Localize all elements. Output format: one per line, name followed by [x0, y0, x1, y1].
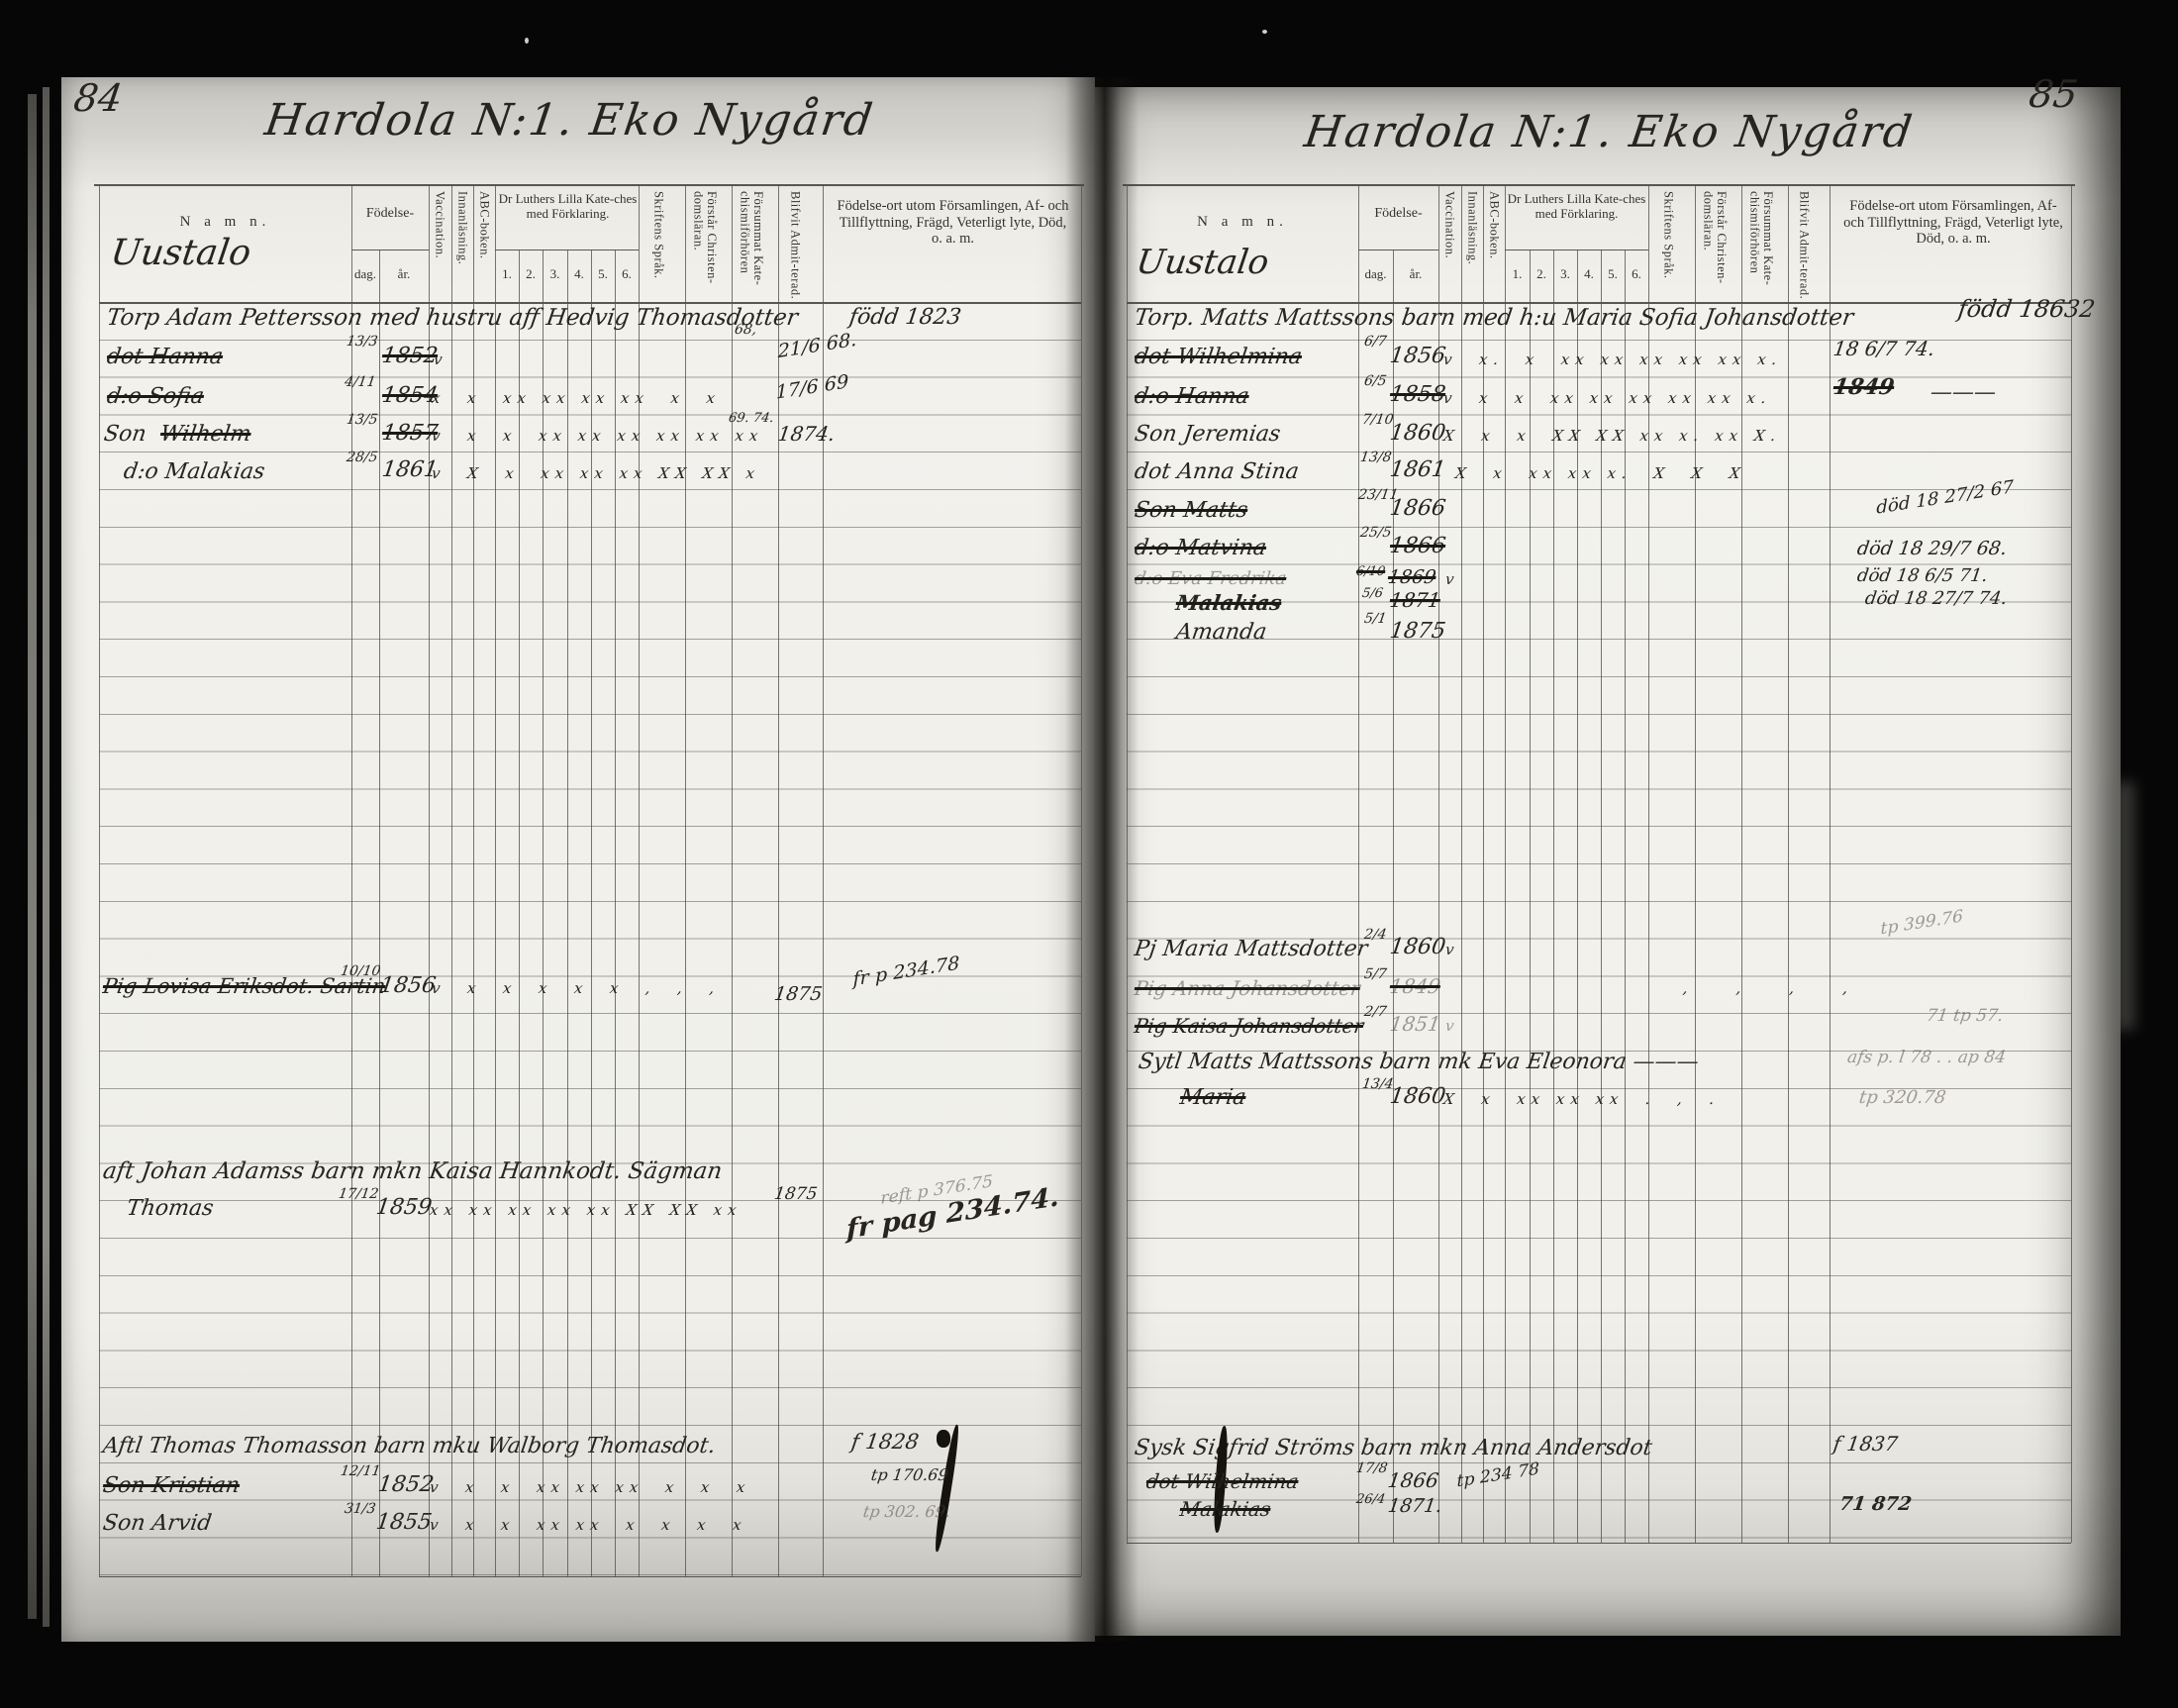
birth-year: 1871: [1389, 590, 1442, 610]
birth-day: 6/7: [1363, 335, 1387, 349]
birth-day: 10/10: [340, 964, 381, 978]
header-k1: 1.: [1505, 267, 1530, 282]
header-ar: år.: [379, 267, 429, 282]
table-rule: [94, 184, 1084, 186]
header-abc: ABC-boken.: [1487, 191, 1501, 300]
exam-marks: v x x xx xx xx xx xx x.: [1442, 391, 1773, 406]
family-head: Sytl Matts Mattssons barn mk Eva Eleonor…: [1137, 1052, 1700, 1073]
death-note: död 18 29/7 68.: [1856, 540, 2009, 558]
forsummat-note: 68,: [734, 323, 757, 337]
farm-name: Uustalo: [108, 236, 252, 271]
transfer-note: afs p. l 78 . . ap 84: [1846, 1050, 2007, 1066]
exam-marks: X x x XX XX xx x. xx X.: [1442, 429, 1782, 444]
table-rule: [1358, 250, 1438, 251]
exam-marks: v x. x xx xx xx xx xx x.: [1442, 352, 1784, 367]
table-rule: [1081, 184, 1082, 1576]
page-title: Hardola N:1. Eko Nygård: [262, 99, 877, 143]
header-k5: 5.: [591, 267, 615, 282]
note-birth: f 1828: [850, 1432, 921, 1453]
right-page-edge: [2115, 782, 2134, 1030]
person-name: Pig Lovisa Eriksdot. Sartin: [102, 976, 387, 997]
header-fodelseort: Födelse-ort utom Församlingen, Af- och T…: [1839, 198, 2067, 248]
header-k6: 6.: [1625, 267, 1648, 282]
family-head: Aftl Thomas Thomasson barn mku Walborg T…: [101, 1436, 717, 1457]
death-note: död 18 27/7 74.: [1864, 590, 2009, 608]
page-number: 84: [71, 79, 125, 117]
birth-year: 1856: [1388, 346, 1446, 367]
transfer-note: 71 tp 57.: [1926, 1008, 2005, 1025]
birth-day: 17/8: [1355, 1461, 1388, 1475]
header-k3: 3.: [543, 267, 567, 282]
person-name: Maria: [1178, 1087, 1246, 1109]
birth-day: 17/12: [338, 1187, 379, 1201]
birth-year: 1849: [1389, 976, 1442, 996]
person-name: dot Wilhelmina: [1133, 347, 1303, 368]
exam-marks: v: [1444, 572, 1461, 587]
person-name: Amanda: [1174, 622, 1267, 644]
birth-year: 1869: [1387, 568, 1437, 587]
header-namn: N a m n.: [1127, 214, 1358, 231]
birth-day: 12/11: [340, 1464, 381, 1478]
header-k5: 5.: [1601, 267, 1625, 282]
table-row-lines: [99, 303, 1081, 1576]
birth-day: 6/10: [1355, 565, 1386, 578]
transfer-note: tp 320.78: [1858, 1089, 1947, 1107]
header-forstar: Förstår Christen-domsläran.: [691, 191, 718, 300]
spine-edge-strip: [28, 94, 37, 1619]
person-name: Son Kristian: [101, 1475, 241, 1497]
header-blifvit: Blifvit Admit-terad.: [1797, 191, 1811, 300]
exam-marks: v X x xx xx xx XX XX x: [431, 466, 761, 481]
birth-year: 1851: [1389, 1014, 1442, 1034]
admitted-note: 1875: [773, 1186, 819, 1203]
person-name: Wilhelm: [158, 424, 251, 446]
person-name: d:o Sofia: [105, 386, 205, 408]
death-note: 18 6/7 74.: [1832, 339, 1936, 358]
header-forsummat: Försummat Kate-chismiförhören: [738, 191, 764, 300]
birth-year: 1859: [374, 1197, 433, 1219]
birth-day: 13/8: [1359, 451, 1392, 464]
note-birth: född 1823: [847, 307, 962, 329]
person-name: Malakias: [1175, 592, 1283, 613]
scan-speck: [1262, 30, 1267, 34]
birth-year: 1858: [1388, 384, 1446, 406]
birth-day: 13/3: [346, 335, 378, 349]
person-name: Pig Anna Johansdotter: [1134, 978, 1362, 998]
person-name: Malakias: [1179, 1499, 1272, 1519]
person-relation: Son: [102, 424, 148, 446]
table-rule: [99, 1576, 1081, 1577]
birth-year: 1866: [1387, 1470, 1440, 1490]
person-name: d:o Eva Fredrika: [1134, 570, 1288, 588]
family-head: aft Johan Adamss barn mkn Kaisa Hannkodt…: [101, 1160, 723, 1183]
header-k2: 2.: [519, 267, 543, 282]
table-rule: [1127, 1543, 2071, 1544]
exam-marks: v: [1444, 943, 1461, 957]
birth-day: 31/3: [344, 1502, 376, 1516]
birth-year: 1852: [380, 346, 439, 367]
header-skrift: Skriftens Språk.: [1661, 191, 1675, 300]
table-rule: [351, 250, 429, 251]
birth-year: 1866: [1388, 536, 1446, 557]
exam-marks: v: [433, 352, 449, 367]
birth-day: 4/11: [344, 375, 376, 389]
header-kateches: Dr Luthers Lilla Kate-ches med Förklarin…: [498, 192, 638, 222]
header-fodelse: Födelse-: [351, 206, 429, 222]
birth-year: 1866: [1388, 498, 1446, 520]
farm-name: Uustalo: [1135, 246, 1271, 279]
person-name: d:o Hanna: [1133, 386, 1250, 408]
exam-marks: v x x xx xx xx x x x: [429, 1480, 751, 1495]
birth-day: 7/10: [1361, 413, 1394, 427]
table-rule: [2071, 184, 2072, 1543]
header-vaccination: Vaccination.: [433, 191, 446, 300]
header-dag: dag.: [351, 267, 379, 282]
header-k4: 4.: [1577, 267, 1601, 282]
header-innanlasning: Innanläsning.: [455, 191, 469, 300]
header-k3: 3.: [1553, 267, 1577, 282]
death-note: 1849: [1831, 376, 1895, 398]
transfer-note: tp 170.69: [870, 1467, 949, 1483]
family-head: Sysk Sigfrid Ströms barn mkn Anna Anders…: [1133, 1438, 1653, 1459]
ink-blot: [937, 1430, 950, 1448]
spine-edge-strip: [43, 87, 49, 1627]
scan-speck: [525, 38, 529, 44]
header-vaccination: Vaccination.: [1442, 191, 1456, 300]
register-scan: 84 Hardola N:1. Eko Nygård N a m n. Föde…: [0, 0, 2178, 1708]
header-k2: 2.: [1530, 267, 1553, 282]
birth-year: 1871.: [1387, 1497, 1443, 1516]
birth-day: 13/5: [346, 413, 378, 427]
person-name: Son Matts: [1133, 500, 1248, 522]
birth-year: 1860: [1388, 937, 1446, 958]
header-namn: N a m n.: [99, 214, 351, 231]
birth-day: 2/7: [1363, 1005, 1387, 1019]
transfer-note: 71 872: [1838, 1495, 1913, 1514]
birth-day: 6/5: [1363, 374, 1387, 388]
person-name: Thomas: [125, 1198, 214, 1220]
admitted-note: 1874.: [777, 424, 837, 444]
admitted-note: 1875: [773, 985, 824, 1004]
exam-marks: v x x xx xx x x x x: [429, 1518, 748, 1533]
person-name: Son Arvid: [101, 1513, 213, 1535]
transfer-note: tp 302. 69.: [862, 1504, 951, 1520]
birth-day: 26/4: [1355, 1493, 1386, 1506]
family-head: Torp Adam Pettersson med hustru aff Hedv…: [105, 307, 799, 330]
family-head: Torp. Matts Mattssons barn med h:u Maria…: [1133, 307, 1854, 330]
note-birth: född 18632: [1956, 297, 2096, 321]
person-name: Pj Maria Mattsdotter: [1133, 939, 1368, 960]
exam-marks: , , , ,: [1682, 981, 1854, 996]
exam-marks: X x xx xx xx . , .: [1442, 1092, 1722, 1107]
birth-year: 1855: [374, 1512, 433, 1534]
person-name: d:o Malakias: [122, 461, 265, 483]
header-forsummat: Försummat Kate-chismiförhören: [1747, 191, 1774, 300]
page-title: Hardola N:1. Eko Nygård: [1302, 111, 1917, 154]
header-dag: dag.: [1358, 267, 1393, 282]
birth-day: 5/7: [1363, 967, 1387, 981]
birth-day: 25/5: [1359, 526, 1392, 540]
birth-day: 13/4: [1361, 1077, 1394, 1091]
birth-year: 1860: [1388, 423, 1446, 445]
header-k6: 6.: [615, 267, 639, 282]
header-fodelse: Födelse-: [1358, 206, 1438, 222]
birth-day: 2/4: [1363, 928, 1387, 942]
note-birth: f 1837: [1832, 1434, 1899, 1454]
birth-year: 1861: [1388, 459, 1446, 481]
table-rule: [1123, 184, 2075, 186]
header-skrift: Skriftens Språk.: [651, 191, 665, 300]
birth-day: 5/1: [1363, 612, 1387, 626]
birth-year: 1860: [1388, 1086, 1446, 1108]
birth-year: 1852: [376, 1474, 435, 1496]
header-abc: ABC-boken.: [477, 191, 491, 300]
exam-marks: xx xx xx xx xx XX XX xx: [429, 1203, 743, 1218]
exam-marks: v: [1444, 1019, 1461, 1034]
birth-year: 1856: [378, 975, 437, 997]
person-name: Son Jeremias: [1133, 424, 1281, 446]
exam-marks: v x x xx xx xx xx xx xx: [431, 429, 764, 444]
header-blifvit: Blifvit Admit-terad.: [788, 191, 802, 300]
exam-marks: x x xx xx xx xx x x: [431, 391, 722, 406]
header-forstar: Förstår Christen-domsläran.: [1701, 191, 1728, 300]
person-name: Pig Kaisa Johansdotter: [1134, 1016, 1365, 1036]
forsummat-note: 69. 74.: [728, 412, 774, 425]
person-name: dot Wilhelmina: [1145, 1471, 1300, 1491]
header-k1: 1.: [495, 267, 519, 282]
birth-day: 5/6: [1361, 587, 1384, 600]
person-name: dot Anna Stina: [1133, 461, 1300, 483]
exam-marks: v x x x x x , , ,: [431, 981, 721, 996]
person-name: d:o Matvina: [1133, 538, 1267, 559]
header-innanlasning: Innanläsning.: [1465, 191, 1479, 300]
exam-marks: X x xx xx x. X X X: [1454, 466, 1747, 481]
header-fodelseort: Födelse-ort utom Församlingen, Af- och T…: [837, 198, 1069, 248]
header-k4: 4.: [567, 267, 591, 282]
dash-mark: ———: [1929, 382, 1997, 404]
death-note: död 18 6/5 71.: [1856, 567, 1989, 585]
birth-year: 1875: [1388, 621, 1446, 643]
header-ar: år.: [1393, 267, 1438, 282]
header-kateches: Dr Luthers Lilla Kate-ches med Förklarin…: [1507, 192, 1646, 222]
page-number: 85: [2027, 75, 2080, 113]
person-name: dot Hanna: [105, 347, 224, 368]
birth-day: 28/5: [346, 451, 378, 464]
